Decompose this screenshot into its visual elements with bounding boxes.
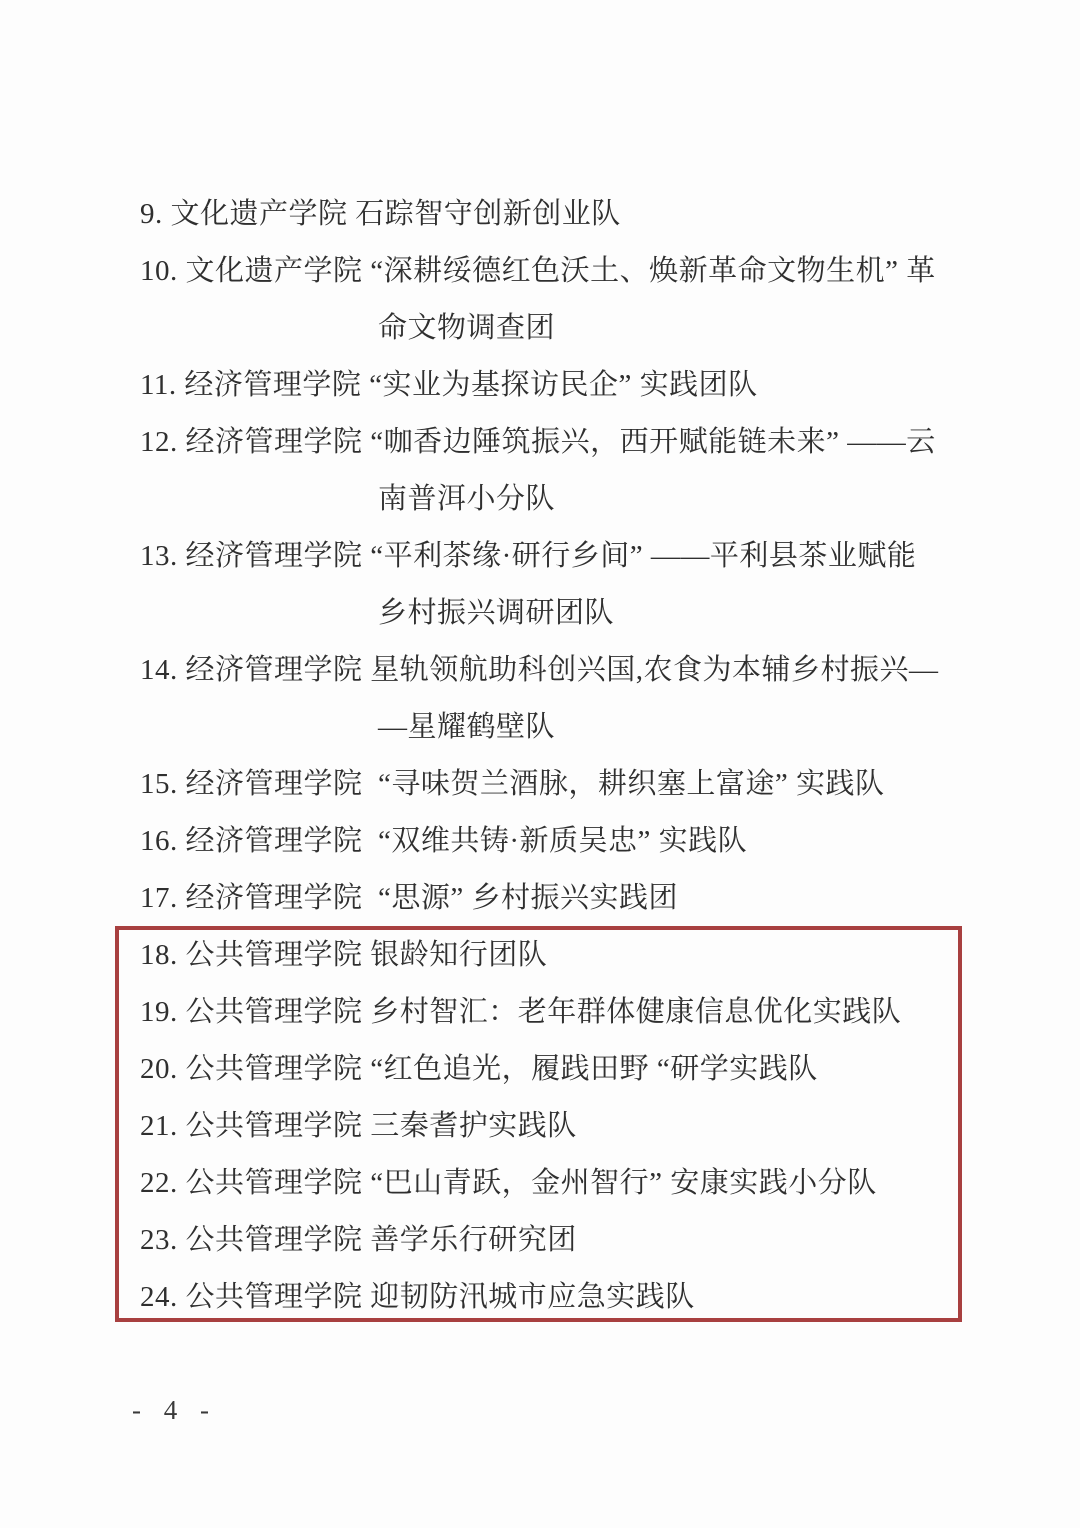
list-line: 12. 经济管理学院 “咖香边陲筑振兴，西开赋能链未来” ——云 [0,414,1080,471]
list-line-continuation: —星耀鹤壁队 [0,699,1080,756]
list-line: 19. 公共管理学院 乡村智汇：老年群体健康信息优化实践队 [0,984,1080,1041]
list-line: 22. 公共管理学院 “巴山青跃，金州智行” 安康实践小分队 [0,1155,1080,1212]
list-line: 17. 经济管理学院 “思源” 乡村振兴实践团 [0,870,1080,927]
list-line: 24. 公共管理学院 迎韧防汛城市应急实践队 [0,1269,1080,1326]
list-line-continuation: 南普洱小分队 [0,471,1080,528]
list-line: 20. 公共管理学院 “红色追光，履践田野 “研学实践队 [0,1041,1080,1098]
list-line: 18. 公共管理学院 银龄知行团队 [0,927,1080,984]
list-line: 21. 公共管理学院 三秦耆护实践队 [0,1098,1080,1155]
team-list: 9. 文化遗产学院 石踪智守创新创业队10. 文化遗产学院 “深耕绥德红色沃土、… [0,186,1080,1326]
list-line: 16. 经济管理学院 “双维共铸·新质吴忠” 实践队 [0,813,1080,870]
list-line-continuation: 命文物调查团 [0,300,1080,357]
list-line-continuation: 乡村振兴调研团队 [0,585,1080,642]
document-page: 9. 文化遗产学院 石踪智守创新创业队10. 文化遗产学院 “深耕绥德红色沃土、… [0,0,1080,1528]
page-number: - 4 - [132,1395,217,1426]
list-line: 9. 文化遗产学院 石踪智守创新创业队 [0,186,1080,243]
list-line: 15. 经济管理学院 “寻味贺兰酒脉，耕织塞上富途” 实践队 [0,756,1080,813]
list-line: 10. 文化遗产学院 “深耕绥德红色沃土、焕新革命文物生机” 革 [0,243,1080,300]
list-line: 14. 经济管理学院 星轨领航助科创兴国,农食为本辅乡村振兴— [0,642,1080,699]
list-line: 23. 公共管理学院 善学乐行研究团 [0,1212,1080,1269]
list-line: 11. 经济管理学院 “实业为基探访民企” 实践团队 [0,357,1080,414]
list-line: 13. 经济管理学院 “平利茶缘·研行乡间” ——平利县茶业赋能 [0,528,1080,585]
